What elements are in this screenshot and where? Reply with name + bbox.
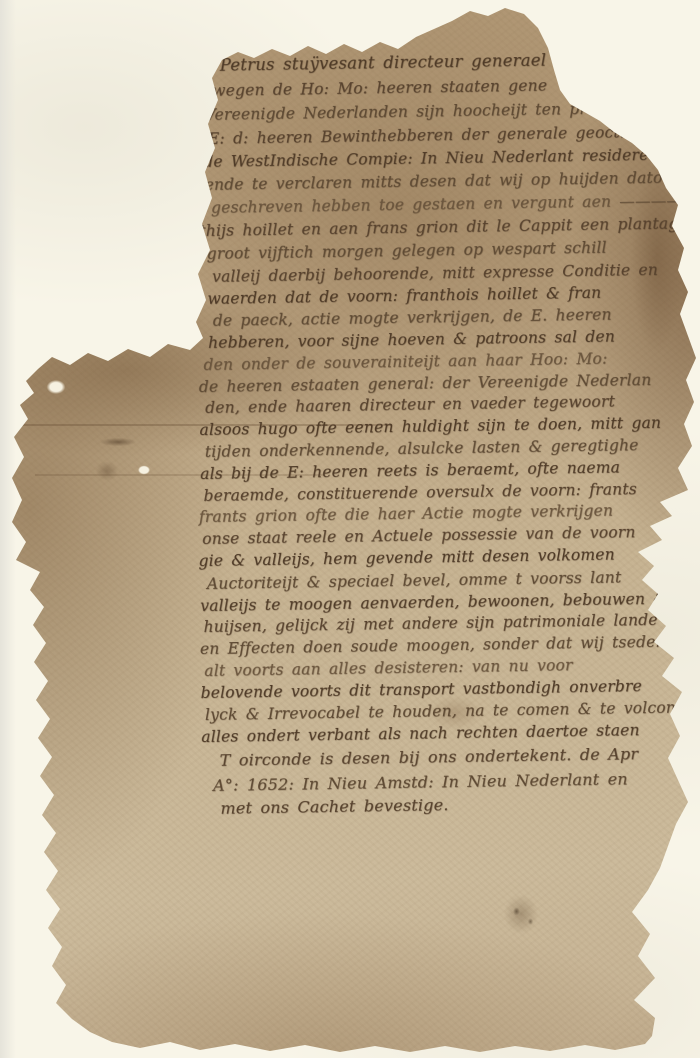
manuscript-line: alsoos hugo ofte eenen huldight sijn te … [199,414,661,440]
manuscript-line: alt voorts aan alles desisteren: van nu … [204,656,573,680]
manuscript-line: den onder de souverainiteijt aan haar Ho… [203,350,607,375]
manuscript-line: valleij daerbij behoorende, mitt express… [212,261,658,287]
manuscript-line: hebberen, voor sijne hoeven & patroons s… [208,328,615,353]
manuscript-line: geschreven hebben toe gestaen en vergunt… [211,191,682,217]
manuscript-line: tijden onderkennende, alsulcke lasten & … [205,436,639,461]
manuscript-line: alles ondert verbant als nach rechten da… [201,721,640,746]
manuscript-line: en Effecten doen soude moogen, sonder da… [200,633,670,659]
manuscript-line: huijsen, gelijck zij met andere sijn pat… [203,611,657,637]
manuscript-line: waerden dat de voorn: franthois hoillet … [207,284,601,309]
manuscript-line: de paeck, actie mogte verkrijgen, de E. … [213,306,612,331]
manuscript-line: groot vijftich morgen gelegen op wespart… [207,239,607,264]
manuscript-line: E: d: heeren Bewinthebberen der generale… [208,123,628,148]
manuscript-line: Auctoriteijt & speciael bevel, omme t vo… [207,568,622,593]
manuscript-line: ende te verclaren mitts desen dat wij op… [205,169,663,195]
manuscript-line: den, ende haaren directeur en vaeder teg… [205,393,615,418]
manuscript-scan: Petrus stuÿvesant directeur generael end… [0,0,700,1058]
manuscript-line: wegen de Ho: Mo: heeren staaten gene [212,77,547,101]
manuscript-line: onse staat reele en Actuele possessie va… [202,523,636,548]
manuscript-line: belovende voorts dit transport vastbondi… [200,677,642,703]
manuscript-line: als bij de E: heeren reets is beraemt, o… [200,458,620,483]
manuscript-line: frants grion ofte die haer Actie mogte v… [199,502,614,527]
manuscript-line: met ons Cachet bevestige. [220,795,448,818]
manuscript-line: T oirconde is desen bij ons ondertekent.… [220,744,639,770]
manuscript-line: thijs hoillet en aen frans grion dit le … [199,214,688,240]
manuscript-line: Vereenigde Nederlanden sijn hoocheijt te… [204,100,596,125]
manuscript-line: de WestIndische Compie: In Nieu Nederlan… [203,146,678,172]
manuscript-line: A°: 1652: In Nieu Amstd: In Nieu Nederla… [213,769,628,795]
manuscript-line: gie & valleijs, hem gevende mitt desen v… [198,546,615,571]
